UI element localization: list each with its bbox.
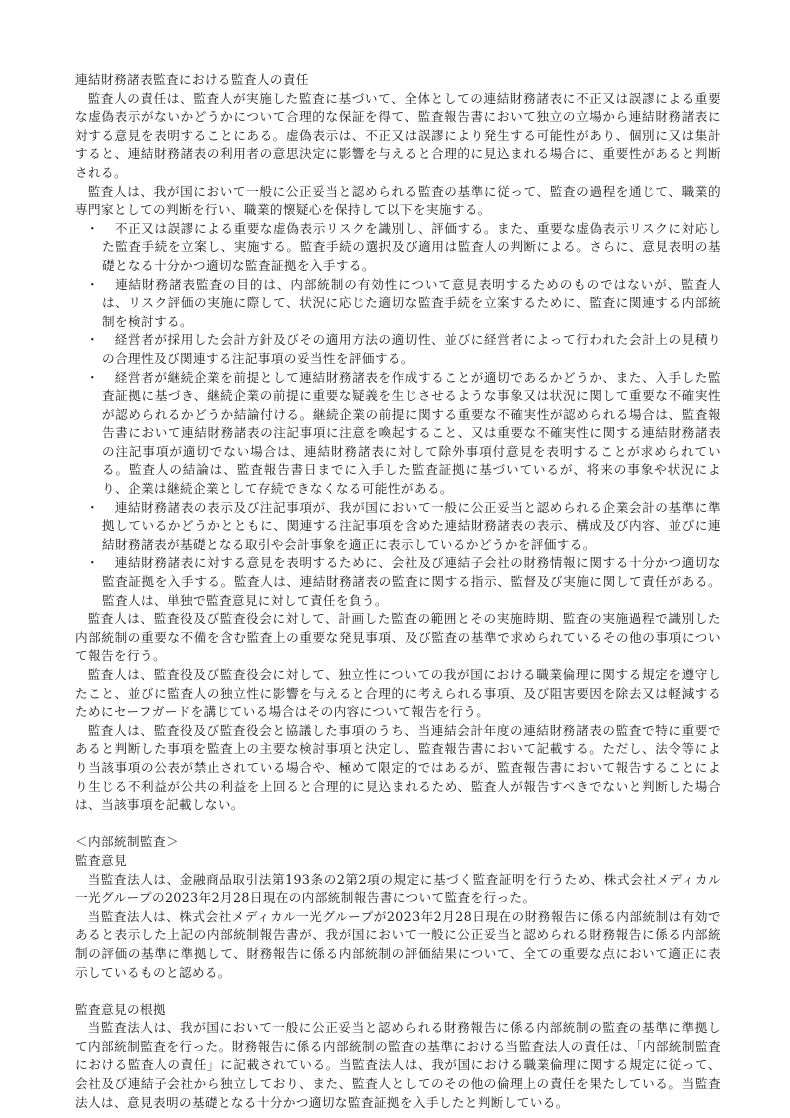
section-heading-auditor-responsibility: 連結財務諸表監査における監査人の責任 — [75, 71, 721, 90]
bullet-icon: ・ — [86, 220, 99, 239]
bullet-list: ・ 不正又は誤謬による重要な虚偽表示リスクを識別し、評価する。また、重要な虚偽表… — [75, 220, 721, 610]
bullet-item: ・ 連結財務諸表の表示及び注記事項が、我が国において一般に公正妥当と認められる企… — [75, 499, 721, 555]
spacer — [75, 815, 721, 834]
paragraph: 監査人は、監査役及び監査役会に対して、計画した監査の範囲とその実施時期、監査の実… — [75, 610, 721, 666]
section-heading-internal-control-audit: ＜内部統制監査＞ — [75, 833, 721, 852]
bullet-icon: ・ — [86, 554, 99, 573]
document-page: 連結財務諸表監査における監査人の責任 監査人の責任は、監査人が実施した監査に基づ… — [75, 71, 721, 1112]
bullet-item: ・ 経営者が採用した会計方針及びその適用方法の適切性、並びに経営者によって行われ… — [75, 331, 721, 368]
bullet-item: ・ 連結財務諸表に対する意見を表明するために、会社及び連結子会社の財務情報に関す… — [75, 554, 721, 610]
paragraph: 監査人の責任は、監査人が実施した監査に基づいて、全体としての連結財務諸表に不正又… — [75, 90, 721, 183]
bullet-item: ・ 経営者が継続企業を前提として連結財務諸表を作成することが適切であるかどうか、… — [75, 369, 721, 499]
bullet-text: 連結財務諸表に対する意見を表明するために、会社及び連結子会社の財務情報に関する十… — [102, 555, 721, 607]
bullet-text: 不正又は誤謬による重要な虚偽表示リスクを識別し、評価する。また、重要な虚偽表示リ… — [102, 221, 721, 273]
paragraph: 監査人は、監査役及び監査役会と協議した事項のうち、当連結会計年度の連結財務諸表の… — [75, 722, 721, 815]
bullet-icon: ・ — [86, 276, 99, 295]
paragraph: 当監査法人は、金融商品取引法第193条の2第2項の規定に基づく監査証明を行うため… — [75, 871, 721, 908]
paragraph: 監査人は、我が国において一般に公正妥当と認められる監査の基準に従って、監査の過程… — [75, 183, 721, 220]
bullet-icon: ・ — [86, 499, 99, 518]
bullet-text: 経営者が採用した会計方針及びその適用方法の適切性、並びに経営者によって行われた会… — [102, 332, 721, 366]
bullet-icon: ・ — [86, 331, 99, 350]
bullet-text: 連結財務諸表の表示及び注記事項が、我が国において一般に公正妥当と認められる企業会… — [102, 500, 721, 552]
bullet-text: 経営者が継続企業を前提として連結財務諸表を作成することが適切であるかどうか、また… — [102, 370, 721, 497]
paragraph: 当監査法人は、株式会社メディカル一光グループが2023年2月28日現在の財務報告… — [75, 908, 721, 982]
bullet-icon: ・ — [86, 369, 99, 388]
paragraph: 監査人は、監査役及び監査役会に対して、独立性についての我が国における職業倫理に関… — [75, 666, 721, 722]
bullet-item: ・ 不正又は誤謬による重要な虚偽表示リスクを識別し、評価する。また、重要な虚偽表… — [75, 220, 721, 276]
bullet-item: ・ 連結財務諸表監査の目的は、内部統制の有効性について意見表明するためのものでは… — [75, 276, 721, 332]
paragraph: 当監査法人は、我が国において一般に公正妥当と認められる財務報告に係る内部統制の監… — [75, 1019, 721, 1112]
subheading-audit-opinion: 監査意見 — [75, 852, 721, 871]
subheading-basis-for-opinion: 監査意見の根拠 — [75, 1001, 721, 1020]
spacer — [75, 982, 721, 1001]
bullet-text: 連結財務諸表監査の目的は、内部統制の有効性について意見表明するためのものではない… — [102, 277, 721, 329]
